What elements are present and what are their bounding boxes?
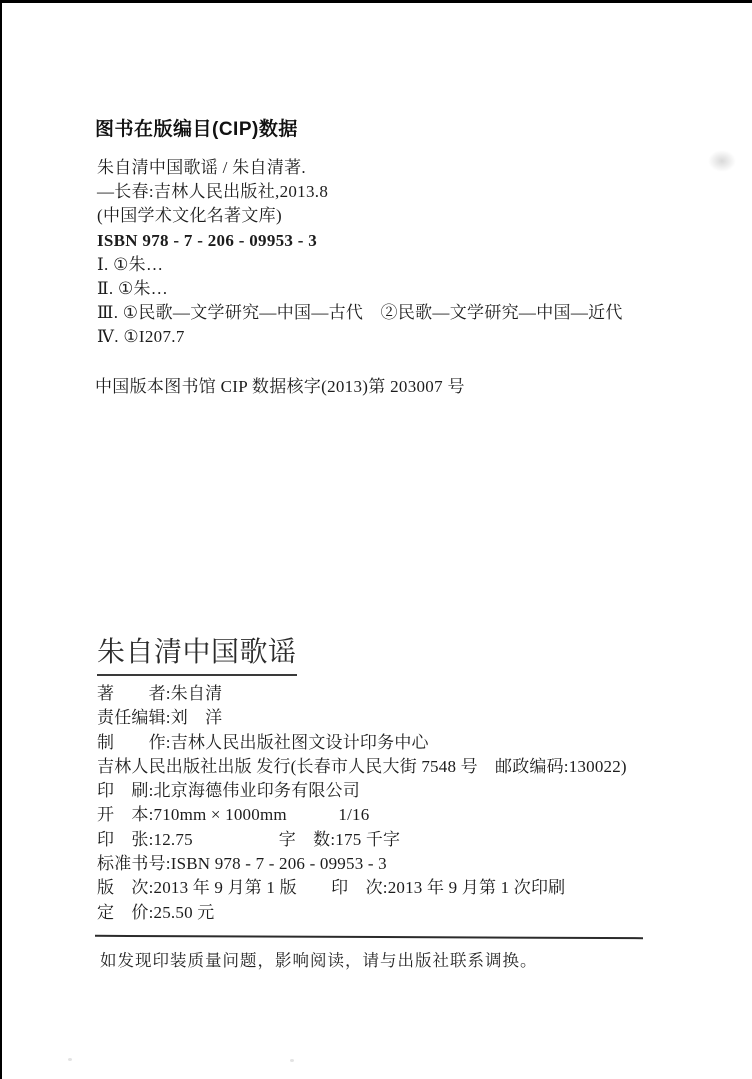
scan-edge-left-line [0, 0, 2, 1079]
divider-rule [95, 935, 643, 939]
cip-isbn-line: ISBN 978 - 7 - 206 - 09953 - 3 [97, 229, 623, 253]
cip-record-number: 中国版本图书馆 CIP 数据核字(2013)第 203007 号 [95, 372, 465, 397]
cip-series-line: (中国学术文化名著文库) [97, 204, 623, 228]
colophon-author: 著 者:朱自清 [97, 682, 627, 706]
colophon-edition: 版 次:2013 年 9 月第 1 版 印 次:2013 年 9 月第 1 次印… [97, 876, 627, 900]
cip-title-statement: 朱自清中国歌谣 / 朱自清著. [97, 156, 623, 180]
cip-block: 朱自清中国歌谣 / 朱自清著. —长春:吉林人民出版社,2013.8 (中国学术… [97, 156, 623, 350]
colophon-printer: 印 刷:北京海德伟业印务有限公司 [97, 779, 627, 803]
scan-speck [68, 1058, 72, 1061]
colophon-block: 著 者:朱自清 责任编辑:刘 洋 制 作:吉林人民出版社图文设计印务中心 吉林人… [97, 682, 627, 925]
colophon-format: 开 本:710mm × 1000mm 1/16 [97, 803, 627, 827]
cip-heading: 图书在版编目(CIP)数据 [95, 114, 298, 141]
cip-entry-2: Ⅱ. ①朱… [97, 277, 623, 301]
scan-smudge [708, 150, 736, 172]
quality-notice: 如发现印装质量问题，影响阅读，请与出版社联系调换。 [100, 947, 538, 971]
colophon-publisher: 吉林人民出版社出版 发行(长春市人民大街 7548 号 邮政编码:130022) [97, 755, 627, 779]
scan-edge-top-line [0, 0, 752, 3]
cip-entry-4: Ⅳ. ①I207.7 [97, 325, 623, 349]
book-title: 朱自清中国歌谣 [97, 630, 297, 676]
colophon-sheets-words: 印 张:12.75 字 数:175 千字 [97, 828, 627, 852]
colophon-production: 制 作:吉林人民出版社图文设计印务中心 [97, 731, 627, 755]
scan-speck [290, 1059, 294, 1062]
scanned-book-page: 图书在版编目(CIP)数据 朱自清中国歌谣 / 朱自清著. —长春:吉林人民出版… [0, 0, 752, 1079]
colophon-editor: 责任编辑:刘 洋 [97, 706, 627, 730]
cip-entry-1: Ⅰ. ①朱… [97, 253, 623, 277]
colophon-price: 定 价:25.50 元 [97, 901, 627, 925]
colophon-isbn: 标准书号:ISBN 978 - 7 - 206 - 09953 - 3 [97, 852, 627, 876]
cip-entry-3: Ⅲ. ①民歌—文学研究—中国—古代 ②民歌—文学研究—中国—近代 [97, 301, 623, 325]
cip-publisher-line: —长春:吉林人民出版社,2013.8 [97, 180, 623, 204]
